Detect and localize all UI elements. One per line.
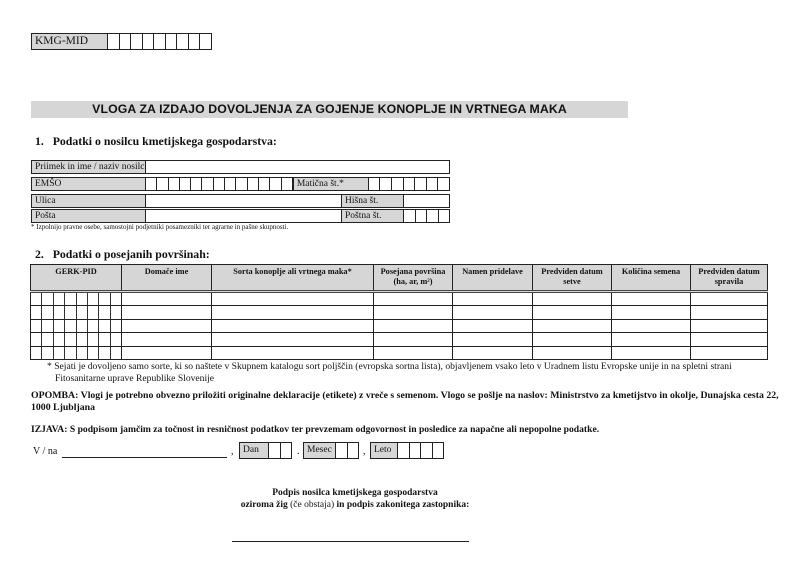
emso-cells — [146, 177, 293, 191]
kmg-mid-cell[interactable] — [177, 33, 189, 50]
table-cell[interactable] — [122, 292, 212, 306]
gerk-digit-cell[interactable] — [98, 347, 109, 359]
signature-caption-line2: oziroma žig (če obstaja) in podpis zakon… — [200, 499, 510, 511]
table-cell[interactable] — [374, 306, 453, 319]
table-cell[interactable] — [122, 333, 212, 346]
emso-label: EMŠO — [31, 177, 146, 191]
section1-heading: 1. Podatki o nosilcu kmetijskega gospoda… — [35, 134, 277, 149]
gerk-digit-cell[interactable] — [98, 306, 109, 318]
day-cell[interactable] — [269, 442, 281, 459]
gerk-digit-cell[interactable] — [87, 306, 98, 318]
ulica-input[interactable] — [146, 194, 342, 208]
table-row — [31, 319, 768, 332]
legal-entity-note: * Izpolnijo pravne osebe, samostojni pod… — [31, 223, 288, 231]
month-field: Mesec — [303, 442, 359, 459]
ulica-row: Ulica Hišna št. — [31, 194, 450, 208]
digit-cell[interactable] — [404, 177, 416, 191]
kmg-mid-field: KMG-MID — [31, 33, 212, 50]
digit-cell[interactable] — [157, 177, 168, 191]
year-label: Leto — [370, 442, 398, 459]
table-row — [31, 333, 768, 346]
digit-cell[interactable] — [270, 177, 281, 191]
comma-separator: , — [231, 446, 234, 457]
table-row — [31, 306, 768, 319]
gerk-pid-cell[interactable] — [31, 333, 122, 346]
month-cell[interactable] — [348, 442, 360, 459]
gerk-digit-cell[interactable] — [98, 320, 109, 332]
sig-text-b: (če obstaja) — [290, 500, 334, 510]
table-cell[interactable] — [374, 346, 453, 359]
period-separator: . — [297, 446, 300, 457]
table-cell[interactable] — [691, 306, 768, 319]
digit-cell[interactable] — [248, 177, 259, 191]
hisna-input[interactable] — [404, 194, 450, 208]
opomba-note: OPOMBA: Vlogi je potrebno obvezno prilož… — [31, 390, 781, 414]
gerk-digit-cell[interactable] — [41, 306, 52, 318]
year-cell[interactable] — [421, 442, 433, 459]
maticna-label: Matična št.* — [293, 177, 369, 191]
table-cell[interactable] — [533, 306, 612, 319]
table-cell[interactable] — [122, 346, 212, 359]
column-header: Količina semena — [612, 265, 691, 292]
year-field: Leto — [370, 442, 444, 459]
table-cell[interactable] — [533, 333, 612, 346]
table-cell[interactable] — [691, 319, 768, 332]
comma-separator-2: , — [363, 446, 366, 457]
kmg-mid-cell[interactable] — [189, 33, 201, 50]
gerk-digit-cell[interactable] — [76, 293, 87, 305]
hisna-label: Hišna št. — [342, 194, 404, 208]
gerk-digit-cell[interactable] — [110, 347, 121, 359]
day-label: Dan — [239, 442, 269, 459]
gerk-digit-cell[interactable] — [76, 320, 87, 332]
column-header: GERK-PID — [31, 265, 122, 292]
kmg-mid-cell[interactable] — [131, 33, 143, 50]
digit-cell[interactable] — [180, 177, 191, 191]
variety-footnote-line2: Fitosanitarne uprave Republike Slovenije — [47, 373, 787, 385]
gerk-digit-cell[interactable] — [76, 333, 87, 345]
column-header: Posejana površina (ha, ar, m²) — [374, 265, 453, 292]
maticna-cells — [369, 177, 450, 191]
place-label: V / na — [33, 446, 57, 457]
table-cell[interactable] — [691, 333, 768, 346]
table-cell[interactable] — [212, 306, 374, 319]
gerk-digit-cell[interactable] — [53, 306, 64, 318]
gerk-digit-cell[interactable] — [110, 333, 121, 345]
digit-cell[interactable] — [438, 177, 450, 191]
posta-label: Pošta — [31, 209, 146, 223]
table-cell[interactable] — [533, 346, 612, 359]
place-input-line[interactable] — [62, 457, 227, 458]
kmg-mid-cell[interactable] — [120, 33, 132, 50]
gerk-digit-cell[interactable] — [110, 306, 121, 318]
column-header: Predviden datum spravila — [691, 265, 768, 292]
digit-cell[interactable] — [415, 177, 427, 191]
table-cell[interactable] — [612, 319, 691, 332]
column-header: Predviden datum setve — [533, 265, 612, 292]
kmg-mid-cell[interactable] — [108, 33, 120, 50]
form-title: VLOGA ZA IZDAJO DOVOLJENJA ZA GOJENJE KO… — [31, 101, 628, 118]
digit-cell[interactable] — [369, 177, 381, 191]
gerk-digit-cell[interactable] — [64, 320, 75, 332]
table-cell[interactable] — [612, 292, 691, 306]
holder-name-row: Priimek in ime / naziv nosilca — [31, 160, 450, 174]
gerk-digit-cell[interactable] — [41, 320, 52, 332]
digit-cell[interactable] — [169, 177, 180, 191]
gerk-digit-cell[interactable] — [53, 293, 64, 305]
year-cell[interactable] — [433, 442, 445, 459]
sig-text-a: oziroma žig — [241, 500, 290, 510]
izjava-statement: IZJAVA: S podpisom jamčim za točnost in … — [31, 424, 599, 435]
gerk-digit-cell[interactable] — [87, 333, 98, 345]
kmg-mid-label: KMG-MID — [31, 33, 108, 50]
sown-areas-table: GERK-PIDDomače imeSorta konoplje ali vrt… — [30, 264, 768, 360]
gerk-digit-cell[interactable] — [31, 306, 41, 318]
gerk-digit-cell[interactable] — [98, 333, 109, 345]
table-cell[interactable] — [533, 292, 612, 306]
gerk-digit-cell[interactable] — [41, 333, 52, 345]
table-cell[interactable] — [212, 333, 374, 346]
digit-cell[interactable] — [282, 177, 293, 191]
variety-footnote: * Sejati je dovoljeno samo sorte, ki so … — [47, 361, 787, 384]
gerk-digit-cell[interactable] — [87, 320, 98, 332]
table-cell[interactable] — [691, 346, 768, 359]
kmg-mid-cell[interactable] — [166, 33, 178, 50]
gerk-digit-cell[interactable] — [87, 293, 98, 305]
table-header-row: GERK-PIDDomače imeSorta konoplje ali vrt… — [31, 265, 768, 292]
holder-name-input[interactable] — [146, 160, 450, 174]
holder-name-label: Priimek in ime / naziv nosilca — [31, 160, 146, 174]
variety-footnote-line1: * Sejati je dovoljeno samo sorte, ki so … — [47, 361, 787, 373]
gerk-digit-cell[interactable] — [64, 306, 75, 318]
gerk-digit-cell[interactable] — [64, 293, 75, 305]
postna-label: Poštna št. — [342, 209, 404, 223]
gerk-digit-cell[interactable] — [31, 293, 41, 305]
table-cell[interactable] — [612, 333, 691, 346]
kmg-mid-cell[interactable] — [200, 33, 212, 50]
gerk-digit-cell[interactable] — [98, 293, 109, 305]
form-title-bar: VLOGA ZA IZDAJO DOVOLJENJA ZA GOJENJE KO… — [31, 101, 628, 118]
posta-input[interactable] — [146, 209, 342, 223]
digit-cell[interactable] — [146, 177, 157, 191]
table-cell[interactable] — [453, 319, 533, 332]
digit-cell[interactable] — [392, 177, 404, 191]
signature-caption: Podpis nosilca kmetijskega gospodarstva … — [200, 487, 510, 511]
kmg-mid-cells — [108, 33, 212, 50]
gerk-digit-cell[interactable] — [87, 347, 98, 359]
gerk-digit-cell[interactable] — [64, 333, 75, 345]
gerk-pid-cell[interactable] — [31, 292, 122, 306]
column-header: Domače ime — [122, 265, 212, 292]
table-cell[interactable] — [453, 333, 533, 346]
digit-cell[interactable] — [214, 177, 225, 191]
table-cell[interactable] — [691, 292, 768, 306]
postna-cells — [404, 209, 450, 223]
month-label: Mesec — [303, 442, 336, 459]
gerk-pid-cell[interactable] — [31, 306, 122, 319]
posta-row: Pošta Poštna št. — [31, 209, 450, 223]
table-cell[interactable] — [212, 292, 374, 306]
gerk-digit-cell[interactable] — [76, 347, 87, 359]
table-cell[interactable] — [122, 306, 212, 319]
digit-cell[interactable] — [380, 177, 392, 191]
table-cell[interactable] — [374, 292, 453, 306]
table-row — [31, 346, 768, 359]
gerk-digit-cell[interactable] — [41, 293, 52, 305]
table-cell[interactable] — [453, 346, 533, 359]
signature-line[interactable] — [232, 541, 469, 542]
signature-caption-line1: Podpis nosilca kmetijskega gospodarstva — [200, 487, 510, 499]
table-cell[interactable] — [374, 333, 453, 346]
ulica-label: Ulica — [31, 194, 146, 208]
year-cell[interactable] — [410, 442, 422, 459]
table-cell[interactable] — [374, 319, 453, 332]
digit-cell[interactable] — [416, 209, 428, 223]
table-cell[interactable] — [612, 346, 691, 359]
column-header: Sorta konoplje ali vrtnega maka* — [212, 265, 374, 292]
gerk-digit-cell[interactable] — [64, 347, 75, 359]
sig-text-c: in podpis zakonitega zastopnika: — [334, 500, 469, 510]
day-cell[interactable] — [281, 442, 293, 459]
month-cell[interactable] — [336, 442, 348, 459]
gerk-digit-cell[interactable] — [110, 293, 121, 305]
digit-cell[interactable] — [404, 209, 416, 223]
emso-row: EMŠO Matična št.* — [31, 177, 450, 191]
gerk-digit-cell[interactable] — [31, 333, 41, 345]
digit-cell[interactable] — [225, 177, 236, 191]
day-field: Dan — [239, 442, 292, 459]
table-row — [31, 292, 768, 306]
table-cell[interactable] — [122, 319, 212, 332]
table-body — [31, 292, 768, 360]
gerk-digit-cell[interactable] — [76, 306, 87, 318]
column-header: Namen pridelave — [453, 265, 533, 292]
table-cell[interactable] — [453, 292, 533, 306]
table-cell[interactable] — [212, 319, 374, 332]
gerk-digit-cell[interactable] — [53, 347, 64, 359]
gerk-digit-cell[interactable] — [41, 347, 52, 359]
year-cell[interactable] — [398, 442, 410, 459]
kmg-mid-cell[interactable] — [143, 33, 155, 50]
section2-heading: 2. Podatki o posejanih površinah: — [35, 247, 210, 262]
gerk-digit-cell[interactable] — [31, 347, 41, 359]
digit-cell[interactable] — [191, 177, 202, 191]
digit-cell[interactable] — [236, 177, 247, 191]
gerk-digit-cell[interactable] — [53, 333, 64, 345]
gerk-pid-cell[interactable] — [31, 319, 122, 332]
table-cell[interactable] — [533, 319, 612, 332]
digit-cell[interactable] — [259, 177, 270, 191]
gerk-digit-cell[interactable] — [110, 320, 121, 332]
table-cell[interactable] — [453, 306, 533, 319]
table-cell[interactable] — [212, 346, 374, 359]
gerk-pid-cell[interactable] — [31, 346, 122, 359]
digit-cell[interactable] — [439, 209, 451, 223]
kmg-mid-cell[interactable] — [154, 33, 166, 50]
digit-cell[interactable] — [427, 177, 439, 191]
digit-cell[interactable] — [202, 177, 213, 191]
digit-cell[interactable] — [427, 209, 439, 223]
gerk-digit-cell[interactable] — [31, 320, 41, 332]
table-cell[interactable] — [612, 306, 691, 319]
gerk-digit-cell[interactable] — [53, 320, 64, 332]
